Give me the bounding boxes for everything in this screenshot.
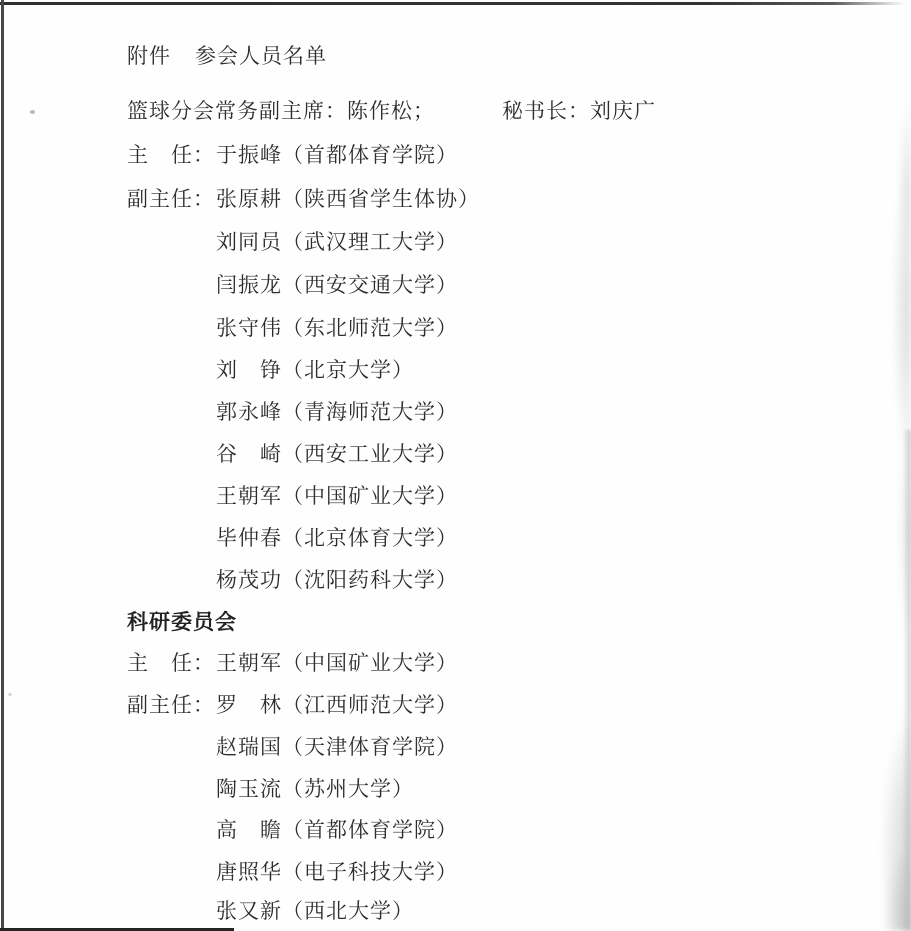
roster-row: 赵瑞国（天津体育学院）	[127, 736, 458, 759]
roster-row: 副主任：张原耕（陕西省学生体协）	[127, 188, 480, 211]
scan-speck	[8, 693, 12, 696]
roster-row: 杨茂功（沈阳药科大学）	[127, 569, 458, 592]
person-entry: 刘同员（武汉理工大学）	[216, 230, 458, 254]
roster-row: 闫振龙（西安交通大学）	[127, 274, 458, 297]
page-title: 参会人员名单	[195, 44, 327, 68]
roster-row: 主 任：于振峰（首都体育学院）	[127, 144, 458, 167]
scan-edge-left	[1, 0, 4, 931]
scan-edge-right	[903, 430, 911, 931]
roster-row: 毕仲春（北京体育大学）	[127, 527, 458, 550]
person-entry: 谷 崎（西安工业大学）	[216, 442, 458, 466]
roster-row: 郭永峰（青海师范大学）	[127, 401, 458, 424]
person-entry: 王朝军（中国矿业大学）	[216, 651, 458, 675]
roster-row: 唐照华（电子科技大学）	[127, 861, 458, 884]
person-entry: 郭永峰（青海师范大学）	[216, 400, 458, 424]
vice-chairman-label: 篮球分会常务副主席：陈作松；	[127, 99, 435, 123]
roster-row: 副主任：罗 林（江西师范大学）	[127, 694, 458, 717]
secretary-general-label: 秘书长：刘庆广	[502, 100, 656, 123]
roster-row: 谷 崎（西安工业大学）	[127, 443, 458, 466]
person-entry: 王朝军（中国矿业大学）	[216, 484, 458, 508]
document-text: 附件参会人员名单 篮球分会常务副主席：陈作松； 秘书长：刘庆广 主 任：于振峰（…	[127, 0, 847, 931]
document-title-line: 附件参会人员名单	[127, 45, 327, 68]
roster-row: 刘同员（武汉理工大学）	[127, 231, 458, 254]
roster-row: 高 瞻（首都体育学院）	[127, 819, 458, 842]
person-entry: 杨茂功（沈阳药科大学）	[216, 568, 458, 592]
scan-speck	[30, 110, 35, 114]
role-label: 副主任：	[127, 188, 216, 211]
person-entry: 陶玉流（苏州大学）	[216, 777, 414, 801]
roster-row: 张守伟（东北师范大学）	[127, 317, 458, 340]
roster-row: 陶玉流（苏州大学）	[127, 778, 414, 801]
person-entry: 张守伟（东北师范大学）	[216, 316, 458, 340]
scan-shadow-right	[841, 0, 911, 931]
roster-row: 刘 铮（北京大学）	[127, 359, 414, 382]
person-entry: 高 瞻（首都体育学院）	[216, 818, 458, 842]
role-label: 主 任：	[127, 652, 216, 675]
roster-row: 张又新（西北大学）	[127, 900, 414, 923]
role-label: 副主任：	[127, 694, 216, 717]
roster-row: 王朝军（中国矿业大学）	[127, 485, 458, 508]
person-entry: 张原耕（陕西省学生体协）	[216, 187, 480, 211]
attachment-label: 附件	[127, 44, 171, 68]
roster-row: 主 任：王朝军（中国矿业大学）	[127, 652, 458, 675]
section-heading: 科研委员会	[127, 611, 237, 634]
person-entry: 闫振龙（西安交通大学）	[216, 273, 458, 297]
person-entry: 唐照华（电子科技大学）	[216, 860, 458, 884]
scanned-document-page: 附件参会人员名单 篮球分会常务副主席：陈作松； 秘书长：刘庆广 主 任：于振峰（…	[0, 0, 911, 931]
person-entry: 毕仲春（北京体育大学）	[216, 526, 458, 550]
person-entry: 张又新（西北大学）	[216, 899, 414, 923]
person-entry: 刘 铮（北京大学）	[216, 358, 414, 382]
person-entry: 罗 林（江西师范大学）	[216, 693, 458, 717]
leaders-line: 篮球分会常务副主席：陈作松； 秘书长：刘庆广	[127, 100, 435, 123]
role-label: 主 任：	[127, 144, 216, 167]
person-entry: 赵瑞国（天津体育学院）	[216, 735, 458, 759]
person-entry: 于振峰（首都体育学院）	[216, 143, 458, 167]
